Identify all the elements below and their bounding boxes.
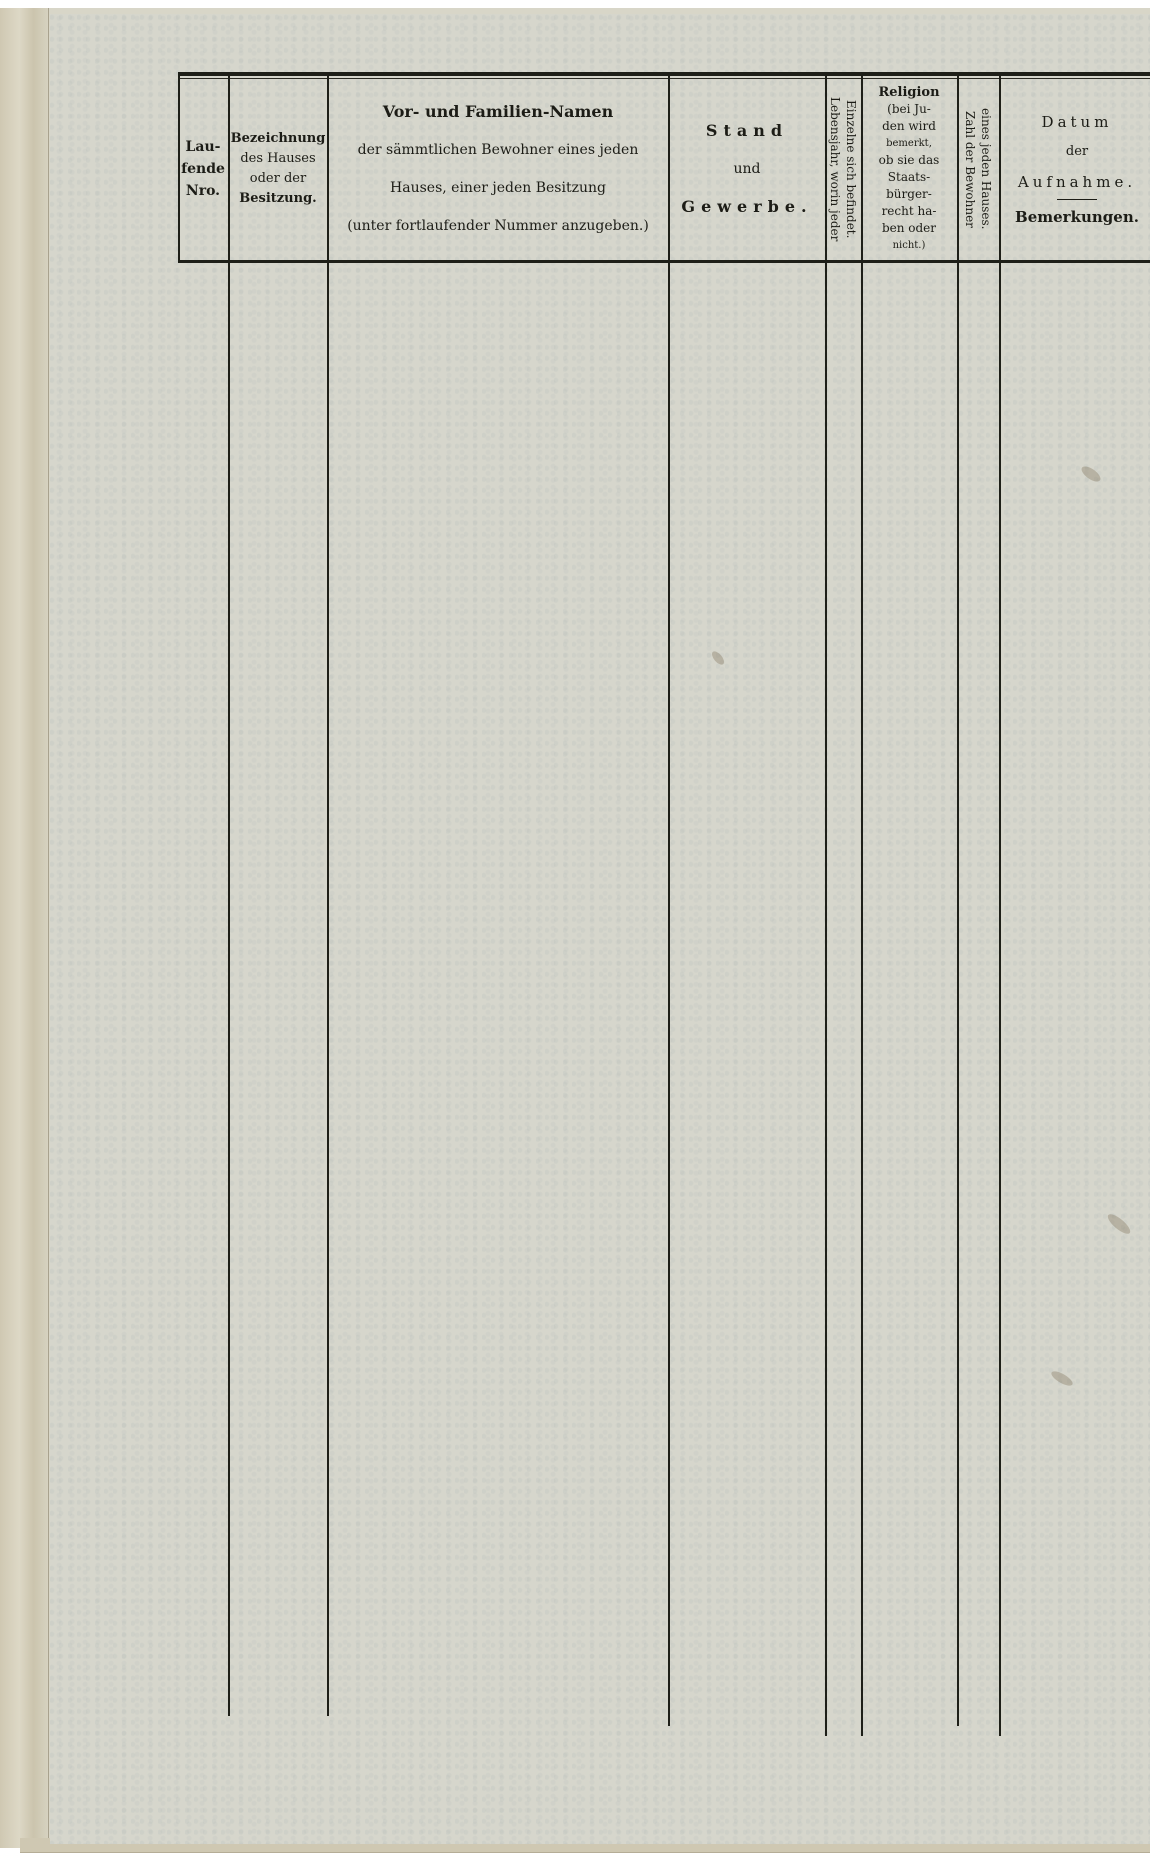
header-bottom-rule: [178, 260, 1150, 263]
header-text: Lebensjahr, worin jeder: [827, 97, 843, 241]
col-line-age: [861, 76, 863, 1736]
header-title: Vor- und Familien-Namen: [383, 93, 613, 131]
header-text: nicht.): [893, 237, 926, 254]
header-text: oder der: [250, 169, 306, 189]
header-text: recht ha-: [882, 203, 937, 220]
header-status-trade: Stand und Gewerbe.: [670, 80, 824, 258]
header-text: des Hauses: [240, 149, 315, 169]
header-text: Bezeichnung: [231, 129, 326, 149]
header-text: fende: [181, 158, 225, 180]
header-text: Lau-: [186, 136, 221, 158]
header-religion: Religion (bei Ju- den wird bemerkt, ob s…: [862, 80, 956, 258]
header-text: den wird: [882, 118, 936, 135]
header-text: Zahl der Bewohner: [962, 108, 978, 229]
header-text: Gewerbe.: [681, 188, 812, 226]
header-text: Nro.: [186, 180, 220, 202]
header-text: Staats-: [888, 169, 930, 186]
header-text: der sämmtlichen Bewohner eines jeden: [358, 131, 639, 169]
col-line-religion: [957, 76, 959, 1726]
header-text: Besitzung.: [239, 189, 316, 209]
header-age: Lebensjahr, worin jeder Einzelne sich be…: [826, 80, 860, 258]
col-line-nr: [228, 76, 230, 1716]
header-text: (bei Ju-: [887, 101, 931, 118]
header-text: Stand: [706, 112, 788, 150]
col-line-count: [999, 76, 1001, 1736]
header-resident-count: Zahl der Bewohner eines jeden Hauses.: [958, 80, 998, 258]
ink-stain: [1079, 464, 1103, 485]
header-text: Datum: [1042, 107, 1113, 137]
header-text: eines jeden Hauses.: [978, 108, 994, 229]
ink-stain: [1049, 1369, 1074, 1389]
header-text: Einzelne sich befindet.: [843, 97, 859, 241]
col-line-house: [327, 76, 329, 1716]
header-house-designation: Bezeichnung des Hauses oder der Besitzun…: [230, 80, 326, 258]
header-text: (unter fortlaufender Nummer anzugeben.): [347, 207, 649, 245]
top-rule: [178, 72, 1150, 76]
header-text: Bemerkungen.: [1015, 202, 1139, 232]
book-spine-edge: [0, 8, 49, 1848]
header-text: Aufnahme.: [1018, 167, 1136, 197]
col-line-name: [668, 76, 670, 1726]
top-rule-thin: [178, 78, 1150, 79]
ink-stain: [710, 649, 726, 666]
header-text: Hauses, einer jeden Besitzung: [390, 169, 606, 207]
header-text: Religion: [878, 84, 939, 101]
header-dash: [1057, 199, 1097, 200]
col-line-stand: [825, 76, 827, 1736]
header-text: und: [734, 150, 761, 188]
header-text: bürger-: [886, 186, 932, 203]
ink-stain: [1105, 1211, 1133, 1237]
header-names: Vor- und Familien-Namen der sämmtlichen …: [328, 80, 668, 258]
header-running-number: Lau- fende Nro.: [178, 80, 228, 258]
header-text: der: [1066, 137, 1088, 167]
header-text: bemerkt,: [886, 135, 932, 152]
header-text: ben oder: [882, 220, 936, 237]
header-text: ob sie das: [879, 152, 940, 169]
register-sheet: Lau- fende Nro. Bezeichnung des Hauses o…: [50, 14, 1150, 1844]
header-date-remarks: Datum der Aufnahme. Bemerkungen.: [1002, 80, 1150, 258]
